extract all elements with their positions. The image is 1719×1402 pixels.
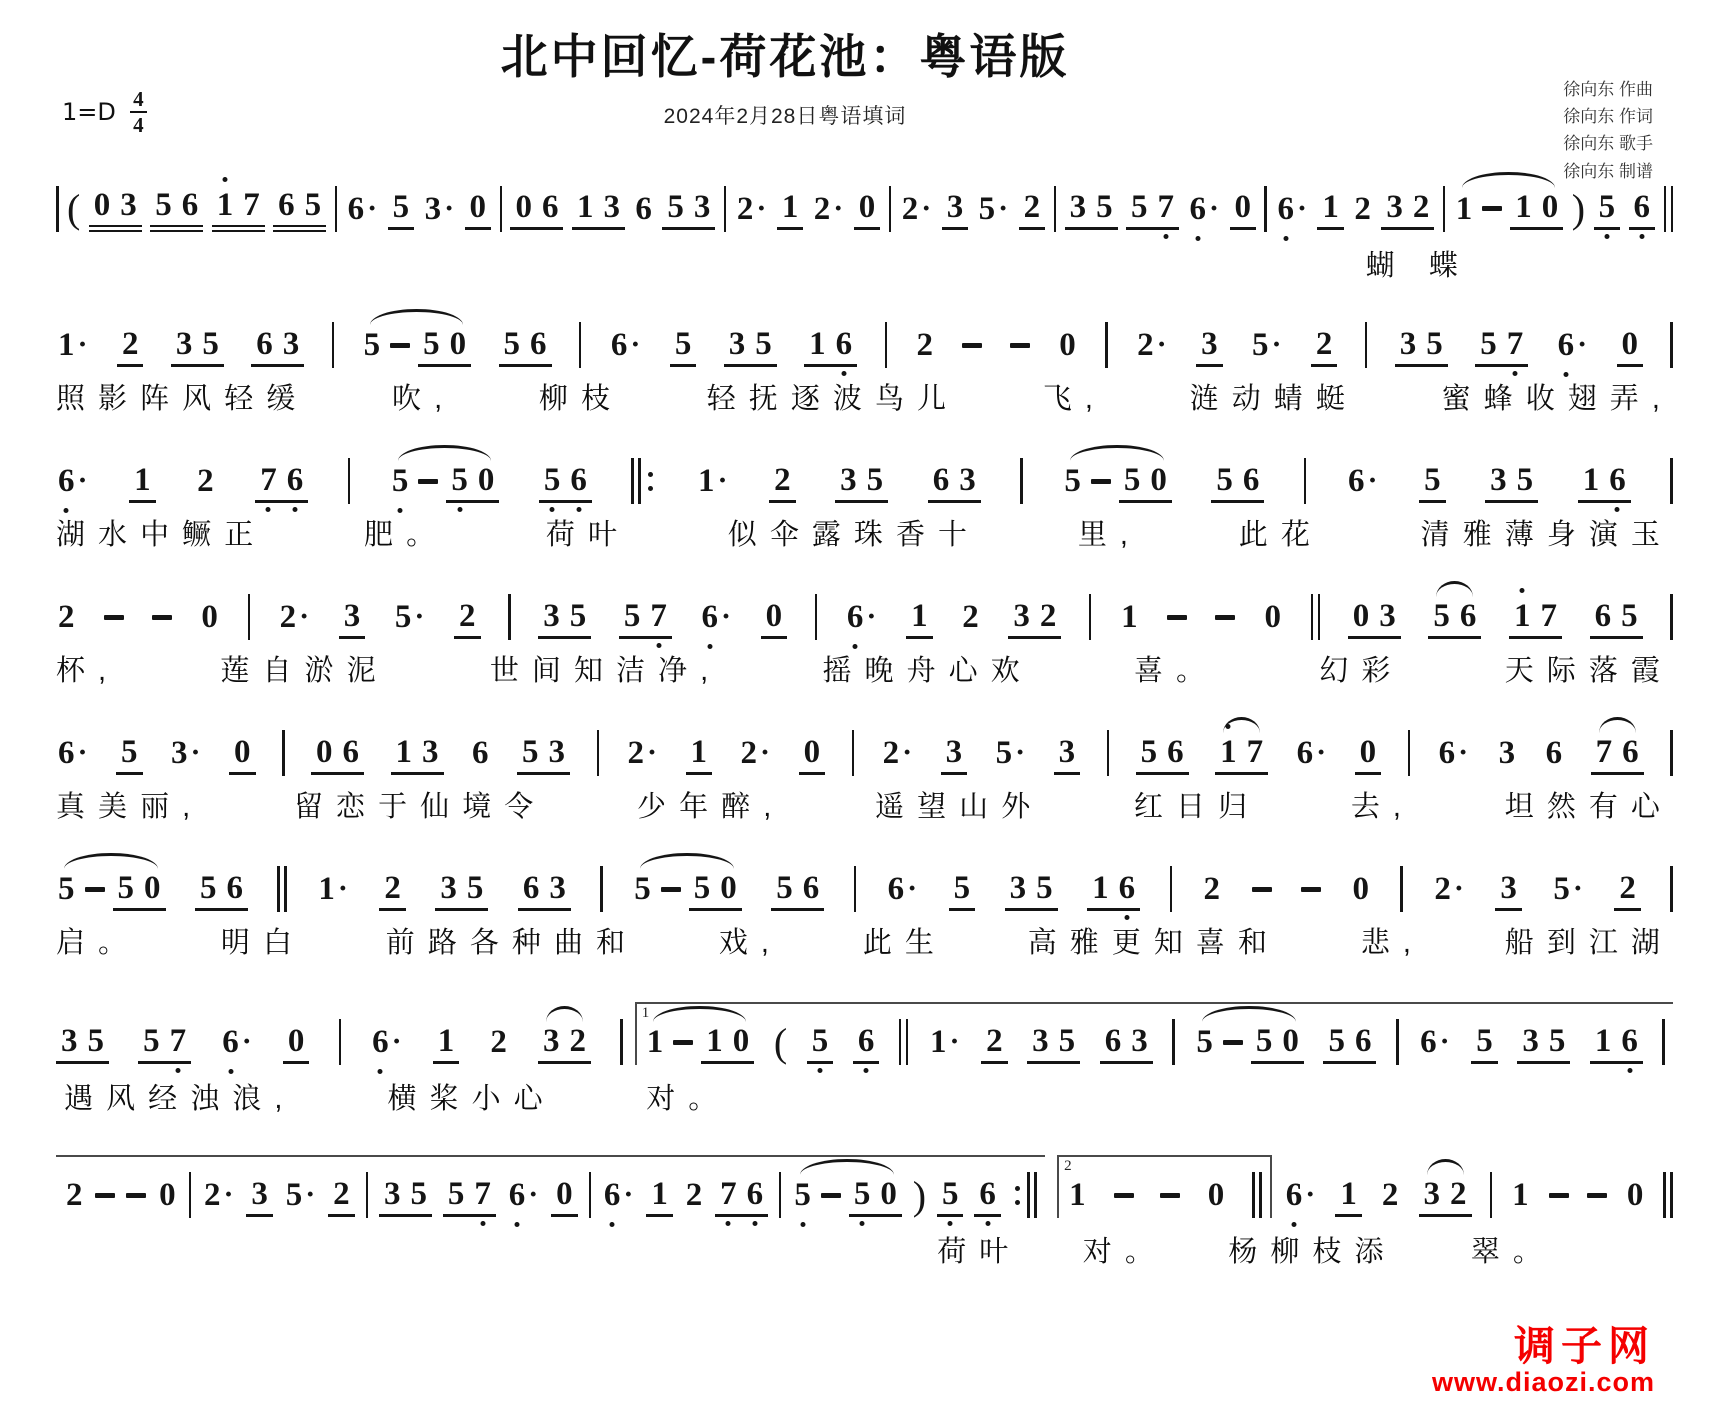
beam-group: 50 [1251,1021,1304,1064]
beam-group: 06 [510,187,563,230]
note: 6· [370,1022,404,1062]
note: 2 [195,461,216,501]
note-digit: 6 [509,1175,526,1215]
rest-note: 0 [445,324,472,364]
augmentation-dot: · [1015,736,1025,770]
slur-group: 110 [1454,187,1564,230]
note: 1 [1590,1021,1617,1061]
barline [1670,866,1673,912]
beam-group: 1 [906,596,933,639]
augmentation-dot: · [721,600,731,634]
barline [248,594,251,640]
note-digit: 1 [911,596,928,636]
augmentation-dot: · [338,872,348,906]
note-digit: 2 [197,461,214,501]
note-digit: 7 [170,1021,187,1061]
lyric-segment: 里, [1078,512,1141,553]
note-digit: 2 [917,325,934,365]
lyrics-line: 启。明白前路各种曲和戏,此生高雅更知喜和悲,船到江湖 [56,919,1673,962]
note-digit: 3 [959,460,976,500]
beam-group: 2 [1311,324,1338,367]
slur-group: 550 [56,868,166,911]
note: 2 [1352,189,1373,229]
note-digit: 1 [1515,187,1532,227]
beam-group: 10 [701,1021,754,1064]
note-digit: 0 [766,596,783,636]
barline [1670,322,1673,368]
note: 5 [150,185,177,225]
barline [815,594,818,640]
note-digit: 5 [143,1021,160,1061]
note-digit: 6 [542,187,559,227]
beam-group: 2 [981,1021,1008,1064]
barline [332,322,335,368]
note: 1 [1578,460,1605,500]
barline [1304,458,1307,504]
lyric-segment: 蝴 蝶 [1366,243,1471,284]
slur-group: 110 [645,1021,755,1064]
note-digit: 5 [954,868,971,908]
note-digit: 0 [1622,324,1639,364]
note-digit: 5 [1621,596,1638,636]
beam-group: 0 [1617,324,1644,367]
note: 7 [1153,187,1180,227]
lyric-segment: 横桨小心 [387,1076,555,1117]
beam-group: 56 [195,868,248,911]
note: 5 [195,868,222,908]
note: 6· [1437,733,1471,773]
note: 5 [390,461,411,501]
note: 6 [798,868,825,908]
augmentation-dot: · [78,328,88,362]
note: 6 [518,868,545,908]
note-digit: 6 [523,868,540,908]
note-digit: 1 [782,187,799,227]
note: 3 [544,732,571,772]
note: 3 [538,1021,565,1061]
note: 2 [684,1175,705,1215]
note-digit: 5 [1476,1021,1493,1061]
lyric-segment: 清雅薄身演玉 [1421,512,1673,553]
double-barline [1664,186,1674,232]
note: 3 [941,732,968,772]
measure-group: 1·23563550566·53516202·35·235576·0 [56,322,1673,368]
note-digit: 7 [243,185,260,225]
augmentation-dot: · [299,600,309,634]
note: 5 [949,868,976,908]
note: 6 [633,189,654,229]
lyric-segment: 涟动蜻蜓 [1190,376,1358,417]
note: 5 [539,460,566,500]
beam-group: 0 [465,187,492,230]
beam-group: 0 [283,1021,310,1064]
note-digit: 6 [858,1021,875,1061]
note-digit: 2 [384,868,401,908]
measure-group: 6·53·006136532·12·02·35·356176·06·3676 [56,730,1673,776]
barline [597,730,600,776]
lyrics-line: 遇风经浊浪,横桨小心对。 [56,1072,1673,1115]
note-digit: 3 [946,732,963,772]
beam-group: 17 [1215,732,1268,775]
note: 5· [994,733,1028,773]
lyric-segment: 前路各种曲和 [386,920,638,961]
beam-group: 56 [499,324,552,367]
note: 5 [1194,1022,1215,1062]
note-digit: 3 [1500,868,1517,908]
rest-note: 0 [1145,460,1172,500]
rest-note: 0 [1350,869,1371,909]
note: 2 [960,597,981,637]
note-digit: 6 [1286,1175,1303,1215]
lyric-segment: 船到江湖 [1505,920,1673,961]
slur-group: 550 [1062,460,1172,503]
rest-note: 0 [465,187,492,227]
beam-group: 56 [771,868,824,911]
augmentation-dot: · [833,192,843,226]
note: 3 [538,596,565,636]
note: 6 [1616,1021,1643,1061]
note-digit: 3 [171,733,188,773]
slur-group: 76 [1591,732,1644,775]
beam-group: 63 [928,460,981,503]
lyric-segment: 喜。 [1134,648,1218,689]
slur-group: 550 [792,1174,902,1217]
note-digit: 2 [1354,189,1371,229]
barline [1664,186,1667,232]
duration-dash [1091,479,1111,484]
beam-group: 13 [391,732,444,775]
volta-continuation: 202·35·235576·06·1276550)56 [56,1155,1045,1218]
note: 3 [1395,324,1422,364]
double-barline [277,866,287,912]
note-digit: 3 [384,1174,401,1214]
note: 3 [954,460,981,500]
note: 5 [116,732,143,772]
beam-group: 65 [1590,596,1643,639]
note-digit: 2 [986,1021,1003,1061]
note-digit: 7 [260,460,277,500]
note-digit: 2 [962,597,979,637]
note: 6 [1350,1021,1377,1061]
note: 5 [1054,1021,1081,1061]
note-digit: 3 [1490,460,1507,500]
note-digit: 1 [217,185,234,225]
note-digit: 1 [396,732,413,772]
note-digit: 7 [1540,596,1557,636]
beam-group: 3 [246,1174,273,1217]
rest-note: 0 [89,185,116,225]
note-digit: 0 [470,187,487,227]
note-digit: 5 [1036,868,1053,908]
song-subtitle: 2024年2月28日粤语填词 [0,100,1570,130]
barline [1170,866,1173,912]
rest-note: 0 [715,868,742,908]
beam-group: 35 [538,596,591,639]
beam-group: 56 [1428,596,1481,639]
beam-group: 5 [1471,1021,1498,1064]
watermark: 调子网 www.diaozi.com [1432,1325,1655,1396]
note-digit: 6 [604,1175,621,1215]
augmentation-dot: · [921,192,931,226]
duration-dash [1114,1193,1134,1198]
duration-dash [1549,1193,1569,1198]
note-digit: 1 [1121,597,1138,637]
barline [1107,730,1110,776]
barline [339,1019,342,1065]
augmentation-dot: · [78,736,88,770]
lyric-segment: 对。 [1083,1229,1167,1270]
note: 2 [1380,1175,1401,1215]
notation-line: 550561·23563550566·53516202·35·2 [56,839,1673,912]
note: 3 [1008,596,1035,636]
note-digit: 5 [393,187,410,227]
lyric-segment: 遥望山外 [875,784,1043,825]
duration-dash [85,887,105,892]
note-digit: 2 [686,1175,703,1215]
note: 2 [117,324,144,364]
lyric-segment: 启。 [56,920,140,961]
duration-dash [1587,1193,1607,1198]
note: 1 [701,1021,728,1061]
beam-group: 56 [1211,460,1264,503]
note-digit: 0 [1059,325,1076,365]
note: 3 [1126,1021,1153,1061]
rest-note: 0 [139,868,166,908]
augmentation-dot: · [630,328,640,362]
augmentation-dot: · [1440,1025,1450,1059]
beam-group: 6 [853,1021,880,1064]
augmentation-dot: · [191,736,201,770]
note: 1 [804,324,831,364]
note-digit: 0 [1150,460,1167,500]
note: 6· [886,869,920,909]
note-digit: 6 [1348,461,1365,501]
rest-note: 0 [1057,325,1078,365]
note: 3 [1497,733,1518,773]
measure-group: 35576·06·1232 [56,1019,623,1065]
beam-group: 50 [849,1174,902,1217]
note-digit: 5 [1141,732,1158,772]
augmentation-dot: · [998,192,1008,226]
measure-group: 6·1276550561·23563550566·53516 [56,458,1673,504]
beam-group: 2 [379,868,406,911]
note-digit: 0 [94,185,111,225]
note-digit: 6 [933,460,950,500]
note: 5 [937,1174,964,1214]
note-digit: 6 [611,325,628,365]
note-digit: 6 [278,185,295,225]
note-digit: 3 [603,187,620,227]
beam-group: 5 [116,732,143,775]
barline [1662,1019,1665,1065]
beam-group: 0 [229,732,256,775]
volta-bracket-1: 1110(561·23563550566·53516 [635,1002,1673,1065]
note-digit: 6 [1420,1022,1437,1062]
note: 2· [881,733,915,773]
note: 6 [537,187,564,227]
lyric-segment: 真美丽, [56,784,203,825]
note-digit: 3 [1386,187,1403,227]
rest-note: 0 [283,1021,310,1061]
note-digit: 6 [1609,460,1626,500]
note: 2 [769,460,796,500]
note-digit: 6 [702,597,719,637]
lyric-segment: 翠。 [1471,1229,1555,1270]
note-digit: 5 [1131,187,1148,227]
beam-group: 32 [1008,596,1061,639]
note-digit: 3 [694,187,711,227]
beam-group: 35 [724,324,777,367]
rest-note: 0 [799,732,826,772]
beam-group: 06 [311,732,364,775]
lyric-segment: 杨柳枝添 [1228,1229,1396,1270]
beam-group: 57 [1475,324,1528,367]
note-digit: 5 [118,868,135,908]
note-digit: 3 [1499,733,1516,773]
notation-system: 1·23563550566·53516202·35·235576·0照影阵风轻缓… [56,295,1673,418]
rest-note: 0 [551,1174,578,1214]
note-digit: 5 [675,324,692,364]
note: 6 [525,324,552,364]
duration-dash [104,615,124,620]
note-digit: 5 [942,1174,959,1214]
note-digit: 2 [333,1174,350,1214]
barline [1671,186,1674,232]
note: 3 [1419,1174,1446,1214]
lyrics-line: 照影阵风轻缓吹,柳枝轻抚逐波鸟儿飞,涟动蜻蜓蜜蜂收翅弄, [56,375,1673,418]
note-digit: 1 [1456,189,1473,229]
note-digit: 1 [706,1021,723,1061]
notation-line: 6·1276550561·23563550566·53516 [56,431,1673,504]
note-digit: 1 [1340,1174,1357,1214]
volta-label: 2 [1064,1158,1072,1175]
note-digit: 3 [425,189,442,229]
note: 5 [1475,324,1502,364]
note-digit: 0 [1264,597,1281,637]
note: 3 [1517,1021,1544,1061]
note-digit: 5 [200,868,217,908]
barline [1311,594,1314,640]
beam-group: 2 [1019,187,1046,230]
lyric-segment: 荷叶 [546,512,630,553]
note-digit: 7 [650,596,667,636]
note-digit: 2 [570,1021,587,1061]
lyrics-line: 湖水中鳜正肥。荷叶似伞露珠香十里,此花清雅薄身演玉 [56,511,1673,554]
note-digit: 6 [58,733,75,773]
note: 7 [255,460,282,500]
barline [508,594,511,640]
note: 6 [1100,1021,1127,1061]
note: 5 [388,187,415,227]
note-digit: 6 [226,868,243,908]
note: 3 [724,324,751,364]
lyric-segment: 此生 [863,920,947,961]
note: 2 [915,325,936,365]
slur-group: 550 [362,324,472,367]
note: 5 [662,187,689,227]
measure-group: 6·123210 [1284,1172,1673,1218]
note-digit: 6 [222,1022,239,1062]
slur-group: 32 [538,1021,591,1064]
note: 6 [177,185,204,225]
note-digit: 2 [1382,1175,1399,1215]
note: 5 [565,596,592,636]
note: 2· [626,733,660,773]
beam-group: 16 [1087,868,1140,911]
beam-group: 17 [1509,596,1562,639]
augmentation-dot: · [444,192,454,226]
note: 5 [499,324,526,364]
note-digit: 2 [1040,596,1057,636]
notation-line: 35576·06·12321110(561·23563550566·53516 [56,975,1673,1065]
augmentation-dot: · [367,192,377,226]
note: 6 [742,1174,769,1214]
notation-line: 1·23563550566·53516202·35·235576·0 [56,295,1673,368]
barline [854,866,857,912]
slur-group: 17 [1215,732,1268,775]
note: 7 [1502,324,1529,364]
note-digit: 5 [1124,460,1141,500]
note: 1· [696,461,730,501]
lyrics-line: 真美丽,留恋于仙境令少年醉,遥望山外红日归去,坦然有心 [56,783,1673,826]
barline [1663,1172,1666,1218]
barline [348,458,351,504]
note: 2· [278,597,312,637]
note: 2· [735,189,769,229]
beam-group: 10 [1510,187,1563,230]
note: 1 [1509,596,1536,636]
note-digit: 1 [647,1022,664,1062]
note: 2 [1614,868,1641,908]
beam-group: 56 [539,460,592,503]
augmentation-dot: · [902,736,912,770]
key-time-signature: 1=D 4 4 [62,88,147,136]
rest-note: 0 [1277,1021,1304,1061]
note-digit: 5 [88,1021,105,1061]
note-digit: 2 [122,324,139,364]
lyric-segment: 明白 [221,920,305,961]
beam-group: 5 [670,324,697,367]
beam-group: 56 [1323,1021,1376,1064]
note-digit: 5 [624,596,641,636]
open-parenthesis: ( [774,1020,787,1064]
note-digit: 5 [504,324,521,364]
beam-group: 1 [433,1021,460,1064]
barline [1443,186,1446,232]
note: 5 [1512,460,1539,500]
note: 3 [278,324,305,364]
begin-repeat-barline [631,458,656,504]
lyric-segment: 杯, [56,648,119,689]
beam-group: 57 [619,596,672,639]
barline [1172,1019,1175,1065]
note: 3· [423,189,457,229]
rest-note: 0 [761,596,788,636]
beam-group: 35 [835,460,888,503]
duration-dash [673,1040,693,1045]
note-digit: 6 [1439,733,1456,773]
lyric-segment: 少年醉, [637,784,784,825]
note-digit: 5 [1480,324,1497,364]
time-signature-numerator: 4 [133,88,144,110]
note-digit: 0 [478,460,495,500]
barline [579,322,582,368]
barline [1318,594,1321,640]
note: 6 [282,460,309,500]
note: 5 [1126,187,1153,227]
note-digit: 3 [1522,1021,1539,1061]
note: 5 [1419,460,1446,500]
